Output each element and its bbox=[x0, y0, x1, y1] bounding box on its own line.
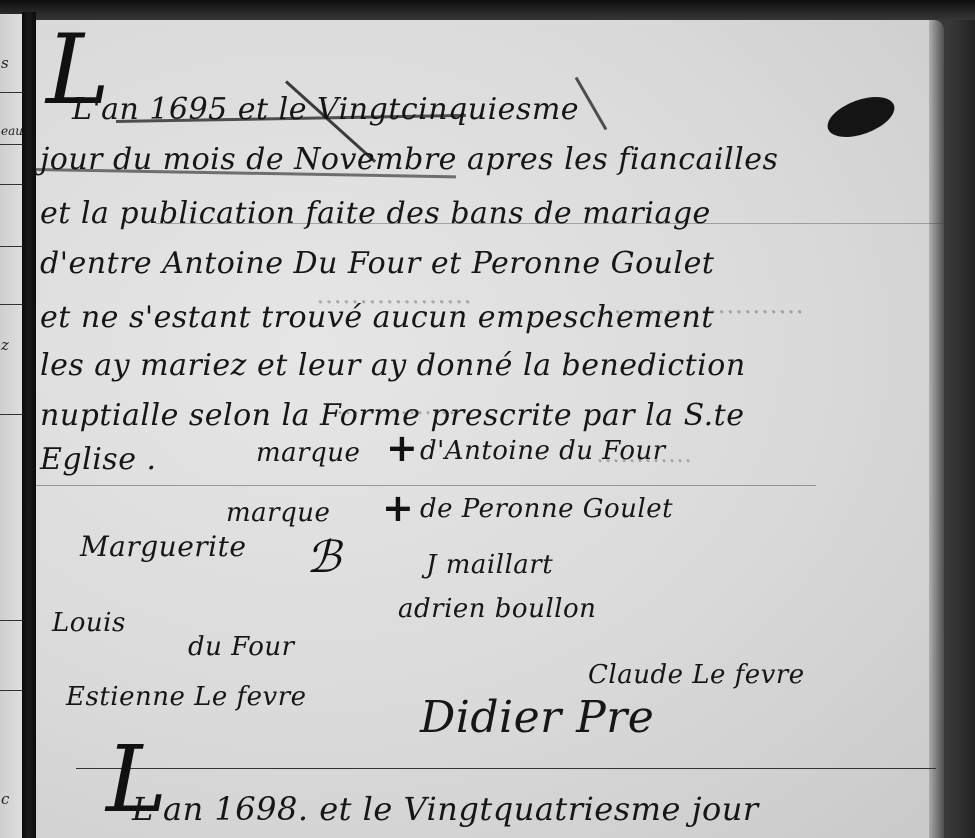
signature: J maillart bbox=[426, 550, 553, 580]
margin-rule bbox=[0, 304, 22, 305]
binding-gutter bbox=[22, 12, 36, 838]
scanned-register-page: s eau z c ……………… …………………… …………… ………… L L… bbox=[0, 0, 975, 838]
margin-fragment: c bbox=[1, 790, 9, 808]
entry-1-line-6: les ay mariez et leur ay donné la benedi… bbox=[40, 348, 746, 383]
entry-1-line-5: et ne s'estant trouvé aucun empeschement bbox=[40, 300, 714, 335]
page-top-edge bbox=[0, 0, 975, 22]
page-right-edge-shadow bbox=[929, 20, 975, 838]
margin-rule bbox=[0, 184, 22, 185]
margin-rule bbox=[0, 414, 22, 415]
signature: Louis bbox=[52, 608, 126, 638]
margin-rule bbox=[0, 92, 22, 93]
margin-fragment: eau bbox=[1, 124, 23, 138]
signature: du Four bbox=[188, 632, 295, 662]
margin-rule bbox=[0, 144, 22, 145]
mark-name: d'Antoine du Four bbox=[420, 436, 666, 466]
ink-blot bbox=[822, 89, 899, 145]
signature: Estienne Le fevre bbox=[66, 682, 307, 712]
margin-rule bbox=[0, 690, 22, 691]
margin-rule bbox=[0, 246, 22, 247]
margin-fragment: s bbox=[1, 54, 9, 72]
left-margin-strip: s eau z c bbox=[0, 14, 22, 838]
ruled-line bbox=[36, 485, 816, 486]
priest-signature: Didier Pre bbox=[420, 692, 654, 743]
entry-2-line-1: L'an 1698. et le Vingtquatriesme jour bbox=[132, 790, 759, 828]
mark-label: marque bbox=[256, 438, 360, 468]
signature: Marguerite bbox=[80, 530, 246, 563]
strikethrough-mark bbox=[575, 77, 608, 130]
cross-mark-icon: + bbox=[386, 426, 418, 470]
margin-fragment: z bbox=[1, 336, 9, 354]
margin-rule bbox=[0, 620, 22, 621]
cross-mark-icon: + bbox=[382, 486, 414, 530]
entry-1-line-8: Eglise . bbox=[40, 442, 157, 477]
mark-label: marque bbox=[226, 498, 330, 528]
signature-paraph: ℬ bbox=[306, 532, 341, 583]
entry-1-line-3: et la publication faite des bans de mari… bbox=[40, 196, 711, 231]
mark-name: de Peronne Goulet bbox=[420, 494, 673, 524]
entry-separator-line bbox=[76, 768, 936, 769]
register-leaf: ……………… …………………… …………… ………… L L'an 1695 e… bbox=[36, 20, 944, 838]
signature: adrien boullon bbox=[398, 594, 596, 624]
entry-1-line-4: d'entre Antoine Du Four et Peronne Goule… bbox=[40, 246, 714, 281]
signature: Claude Le fevre bbox=[588, 660, 805, 690]
